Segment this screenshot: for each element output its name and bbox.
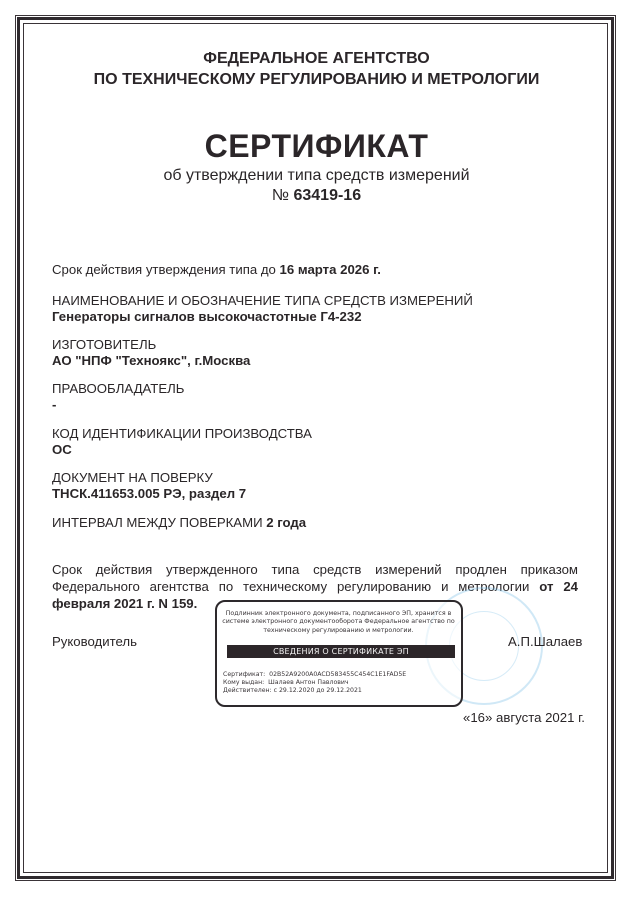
validity-label: Срок действия утверждения типа до bbox=[52, 262, 280, 277]
number-prefix: № bbox=[272, 187, 294, 204]
agency-name-line1: ФЕДЕРАЛЬНОЕ АГЕНТСТВО bbox=[0, 48, 633, 69]
field-rightholder-label: ПРАВООБЛАДАТЕЛЬ bbox=[52, 381, 184, 398]
signature-details: Сертификат: 02B52A9200A0ACD583455C454C1E… bbox=[223, 671, 459, 696]
document-subtitle: об утверждении типа средств измерений bbox=[0, 166, 633, 186]
field-manufacturer-value: АО "НПФ "Техноякс", г.Москва bbox=[52, 353, 250, 370]
validity-line: Срок действия утверждения типа до 16 мар… bbox=[52, 262, 381, 279]
certificate-label: Сертификат: bbox=[223, 671, 265, 678]
field-type-name-label: НАИМЕНОВАНИЕ И ОБОЗНАЧЕНИЕ ТИПА СРЕДСТВ … bbox=[52, 293, 473, 310]
signature-bar-title: СВЕДЕНИЯ О СЕРТИФИКАТЕ ЭП bbox=[227, 645, 455, 658]
valid-row: Действителен: с 29.12.2020 до 29.12.2021 bbox=[223, 687, 459, 695]
field-production-code-value: ОС bbox=[52, 442, 72, 459]
electronic-signature-box: Подлинник электронного документа, подпис… bbox=[215, 600, 463, 707]
field-verification-doc-value: ТНСК.411653.005 РЭ, раздел 7 bbox=[52, 486, 246, 503]
document-title: СЕРТИФИКАТ bbox=[0, 128, 633, 165]
verification-interval: ИНТЕРВАЛ МЕЖДУ ПОВЕРКАМИ 2 года bbox=[52, 515, 306, 532]
field-rightholder-value: - bbox=[52, 397, 56, 414]
issued-to-label: Кому выдан: bbox=[223, 679, 264, 686]
field-production-code-label: КОД ИДЕНТИФИКАЦИИ ПРОИЗВОДСТВА bbox=[52, 426, 312, 443]
field-manufacturer-label: ИЗГОТОВИТЕЛЬ bbox=[52, 337, 156, 354]
valid-label: Действителен: bbox=[223, 687, 272, 694]
field-type-name-value: Генераторы сигналов высокочастотные Г4-2… bbox=[52, 309, 362, 326]
issue-date: «16» августа 2021 г. bbox=[463, 710, 585, 725]
agency-name-line2: ПО ТЕХНИЧЕСКОМУ РЕГУЛИРОВАНИЮ И МЕТРОЛОГ… bbox=[0, 69, 633, 90]
certificate-value: 02B52A9200A0ACD583455C454C1E1FAD5E bbox=[269, 671, 406, 678]
certificate-row: Сертификат: 02B52A9200A0ACD583455C454C1E… bbox=[223, 671, 459, 679]
number-value: 63419-16 bbox=[293, 187, 361, 204]
valid-value: с 29.12.2020 до 29.12.2021 bbox=[274, 687, 362, 694]
signature-note: Подлинник электронного документа, подпис… bbox=[217, 610, 460, 635]
issued-to-value: Шалаев Антон Павлович bbox=[268, 679, 348, 686]
signatory-role: Руководитель bbox=[52, 634, 137, 649]
interval-value: 2 года bbox=[266, 515, 306, 530]
certificate-number: № 63419-16 bbox=[0, 186, 633, 206]
signatory-name: А.П.Шалаев bbox=[508, 634, 582, 649]
validity-value: 16 марта 2026 г. bbox=[280, 262, 381, 277]
interval-label: ИНТЕРВАЛ МЕЖДУ ПОВЕРКАМИ bbox=[52, 515, 266, 530]
field-verification-doc-label: ДОКУМЕНТ НА ПОВЕРКУ bbox=[52, 470, 213, 487]
